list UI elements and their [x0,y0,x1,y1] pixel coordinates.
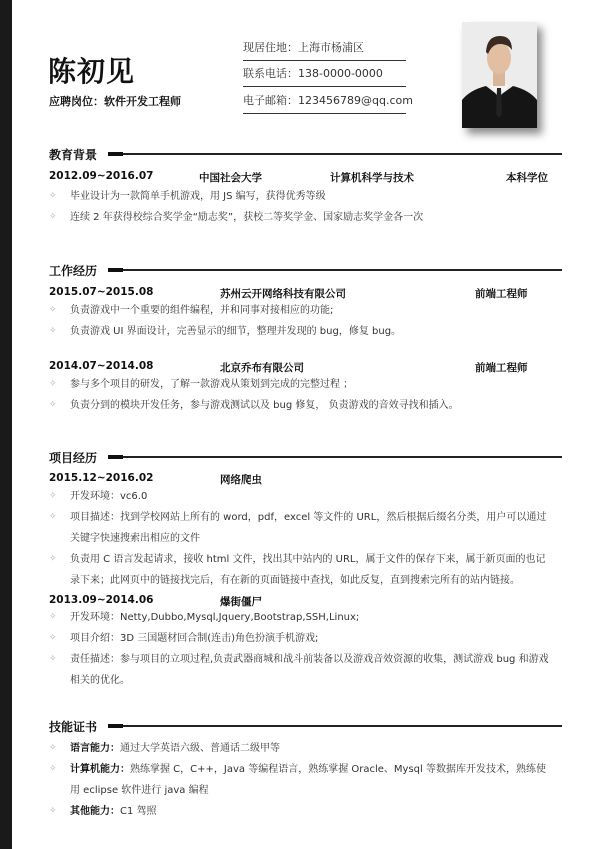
edu-school: 中国社会大学 [199,170,262,185]
edu-bullets: ✧毕业设计为一款简单手机游戏，用 JS 编写，获得优秀等级 ✧连续 2 年获得校… [49,186,549,228]
list-item: ✧负责用 C 语言发起请求，接收 html 文件，找出其中站内的 URL，属于文… [49,549,549,591]
divider [108,725,562,727]
work-bullets: ✧负责游戏中一个重要的组件编程，并和同事对接相应的功能; ✧负责游戏 UI 界面… [49,300,549,342]
list-item: ✧其他能力：C1 驾照 [49,801,549,822]
project-name: 网络爬虫 [220,472,262,487]
bullet-icon: ✧ [49,628,57,649]
edu-date: 2012.09~2016.07 [49,170,153,182]
bullet-icon: ✧ [49,486,57,507]
section-skills-heading: 技能证书 [49,718,562,734]
section-projects-heading: 项目经历 [49,449,562,465]
bullet-icon: ✧ [49,374,57,395]
divider-accent [108,455,123,459]
contact-phone: 联系电话：138-0000-0000 [243,65,406,87]
work-role: 前端工程师 [475,360,528,375]
bullet-icon: ✧ [49,738,57,759]
list-item: ✧负责分到的模块开发任务，参与游戏测试以及 bug 修复， 负责游戏的音效寻找和… [49,395,549,416]
list-item: ✧责任描述：参与项目的立项过程,负责武器商城和战斗前装备以及游戏音效资源的收集，… [49,649,549,691]
job-target: 应聘岗位：软件开发工程师 [49,93,181,109]
divider-accent [108,152,123,156]
bullet-icon: ✧ [49,186,57,207]
divider [108,269,562,271]
section-work-heading: 工作经历 [49,262,562,278]
list-item: ✧开发环境：Netty,Dubbo,Mysql,Jquery,Bootstrap… [49,607,549,628]
list-item: ✧负责游戏中一个重要的组件编程，并和同事对接相应的功能; [49,300,549,321]
section-education-heading: 教育背景 [49,146,562,162]
divider-accent [108,724,123,728]
work-bullets: ✧参与多个项目的研发，了解一款游戏从策划到完成的完整过程 ； ✧负责分到的模块开… [49,374,549,416]
list-item: ✧项目介绍：3D 三国题材回合制(连击)角色扮演手机游戏; [49,628,549,649]
bullet-icon: ✧ [49,207,57,228]
divider [108,456,562,458]
edu-major: 计算机科学与技术 [330,170,414,185]
bullet-icon: ✧ [49,649,57,670]
project-date: 2015.12~2016.02 [49,472,153,484]
bullet-icon: ✧ [49,507,57,528]
work-company: 苏州云开网络科技有限公司 [220,286,346,301]
divider [108,153,562,155]
list-item: ✧连续 2 年获得校综合奖学金“励志奖”，获校二等奖学金、国家励志奖学金各一次 [49,207,549,228]
list-item: ✧计算机能力：熟练掌握 C，C++，Java 等编程语言，熟练掌握 Oracle… [49,759,549,801]
project-bullets: ✧开发环境：Netty,Dubbo,Mysql,Jquery,Bootstrap… [49,607,549,691]
work-role: 前端工程师 [475,286,528,301]
bullet-icon: ✧ [49,300,57,321]
bullet-icon: ✧ [49,759,57,780]
list-item: ✧毕业设计为一款简单手机游戏，用 JS 编写，获得优秀等级 [49,186,549,207]
list-item: ✧负责游戏 UI 界面设计，完善显示的细节，整理并发现的 bug，修复 bug。 [49,321,549,342]
list-item: ✧项目描述：找到学校网站上所有的 word，pdf，excel 等文件的 URL… [49,507,549,549]
project-date: 2013.09~2014.06 [49,594,153,606]
bullet-icon: ✧ [49,321,57,342]
candidate-name: 陈初见 [48,50,135,90]
list-item: ✧语言能力：通过大学英语六级、普通话二级甲等 [49,738,549,759]
project-bullets: ✧开发环境：vc6.0 ✧项目描述：找到学校网站上所有的 word，pdf，ex… [49,486,549,591]
portrait-photo [462,22,537,128]
list-item: ✧参与多个项目的研发，了解一款游戏从策划到完成的完整过程 ； [49,374,549,395]
edu-degree: 本科学位 [506,170,548,185]
bullet-icon: ✧ [49,607,57,628]
contact-address: 现居住地：上海市杨浦区 [243,39,406,61]
work-company: 北京乔布有限公司 [220,360,304,375]
bullet-icon: ✧ [49,549,57,570]
left-accent-bar [0,0,12,849]
work-date: 2014.07~2014.08 [49,360,153,372]
bullet-icon: ✧ [49,395,57,416]
work-date: 2015.07~2015.08 [49,286,153,298]
skills-bullets: ✧语言能力：通过大学英语六级、普通话二级甲等 ✧计算机能力：熟练掌握 C，C++… [49,738,549,822]
list-item: ✧开发环境：vc6.0 [49,486,549,507]
divider-accent [108,268,123,272]
contact-email: 电子邮箱：123456789@qq.com [243,92,406,114]
bullet-icon: ✧ [49,801,57,822]
